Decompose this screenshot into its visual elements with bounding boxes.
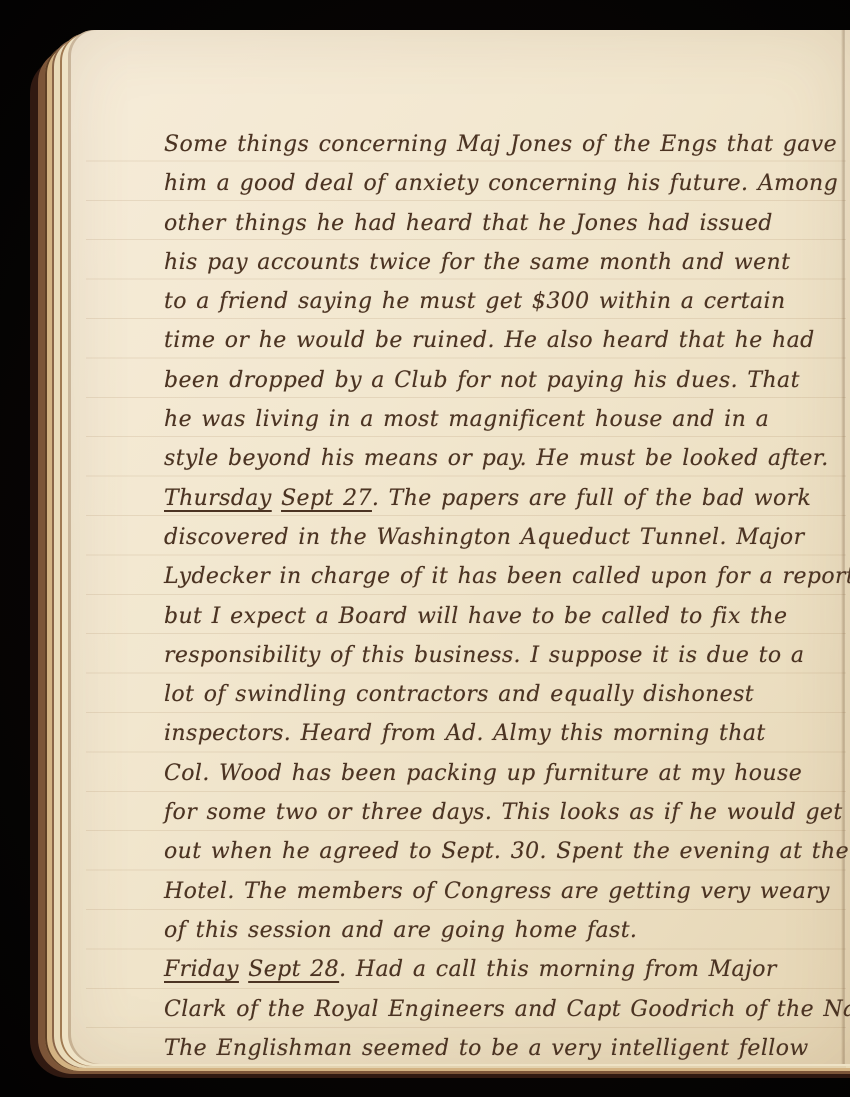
journal-line: Col. Wood has been packing up furniture … xyxy=(164,754,842,793)
journal-text-segment: of this session and are going home fast. xyxy=(164,918,637,943)
journal-text-segment: Some things concerning Maj Jones of the … xyxy=(164,132,837,157)
date-heading: Sept 27 xyxy=(281,486,372,511)
journal-text-segment: been dropped by a Club for not paying hi… xyxy=(164,368,800,393)
journal-text-segment: out when he agreed to Sept. 30. Spent th… xyxy=(164,839,849,864)
journal-line: discovered in the Washington Aqueduct Tu… xyxy=(164,518,842,557)
journal-line: Thursday Sept 27. The papers are full of… xyxy=(164,479,842,518)
journal-line: responsibility of this business. I suppo… xyxy=(164,636,842,675)
journal-text-segment: style beyond his means or pay. He must b… xyxy=(164,446,829,471)
journal-line: been dropped by a Club for not paying hi… xyxy=(164,361,842,400)
journal-text-segment: to a friend saying he must get $300 with… xyxy=(164,289,786,314)
journal-text-segment: he was living in a most magnificent hous… xyxy=(164,407,769,432)
journal-line: inspectors. Heard from Ad. Almy this mor… xyxy=(164,714,842,753)
journal-line: The Englishman seemed to be a very intel… xyxy=(164,1029,842,1068)
journal-line: to a friend saying he must get $300 with… xyxy=(164,282,842,321)
journal-line: time or he would be ruined. He also hear… xyxy=(164,321,842,360)
journal-line: his pay accounts twice for the same mont… xyxy=(164,243,842,282)
journal-line: Lydecker in charge of it has been called… xyxy=(164,557,842,596)
journal-text-segment: . Had a call this morning from Major xyxy=(339,957,777,982)
journal-line: Some things concerning Maj Jones of the … xyxy=(164,125,842,164)
journal-text-segment: responsibility of this business. I suppo… xyxy=(164,643,804,668)
journal-text-segment: . The papers are full of the bad work xyxy=(372,486,811,511)
journal-text-segment: Lydecker in charge of it has been called… xyxy=(164,564,850,589)
journal-line: Friday Sept 28. Had a call this morning … xyxy=(164,950,842,989)
journal-text-segment: discovered in the Washington Aqueduct Tu… xyxy=(164,525,804,550)
journal-text-segment xyxy=(272,486,281,511)
journal-text-segment: but I expect a Board will have to be cal… xyxy=(164,604,787,629)
journal-text-segment: his pay accounts twice for the same mont… xyxy=(164,250,790,275)
journal-line: style beyond his means or pay. He must b… xyxy=(164,439,842,478)
date-heading: Sept 28 xyxy=(248,957,339,982)
journal-text-segment: other things he had heard that he Jones … xyxy=(164,211,773,236)
journal-line: Hotel. The members of Congress are getti… xyxy=(164,872,842,911)
journal-text: Some things concerning Maj Jones of the … xyxy=(164,125,842,1068)
date-heading: Friday xyxy=(164,957,239,982)
journal-line: but I expect a Board will have to be cal… xyxy=(164,597,842,636)
journal-text-segment: Hotel. The members of Congress are getti… xyxy=(164,879,830,904)
journal-text-segment: for some two or three days. This looks a… xyxy=(164,800,843,825)
journal-text-segment: The Englishman seemed to be a very intel… xyxy=(164,1036,809,1061)
journal-line: lot of swindling contractors and equally… xyxy=(164,675,842,714)
journal-line: for some two or three days. This looks a… xyxy=(164,793,842,832)
journal-page: Some things concerning Maj Jones of the … xyxy=(68,30,850,1064)
journal-line: him a good deal of anxiety concerning hi… xyxy=(164,164,842,203)
journal-text-segment xyxy=(239,957,248,982)
journal-text-segment: time or he would be ruined. He also hear… xyxy=(164,328,815,353)
date-heading: Thursday xyxy=(164,486,272,511)
journal-text-segment: inspectors. Heard from Ad. Almy this mor… xyxy=(164,721,766,746)
journal-line: other things he had heard that he Jones … xyxy=(164,204,842,243)
journal-text-segment: Col. Wood has been packing up furniture … xyxy=(164,761,802,786)
journal-line: of this session and are going home fast. xyxy=(164,911,842,950)
journal-text-segment: him a good deal of anxiety concerning hi… xyxy=(164,171,838,196)
journal-line: he was living in a most magnificent hous… xyxy=(164,400,842,439)
journal-line: Clark of the Royal Engineers and Capt Go… xyxy=(164,990,842,1029)
journal-text-segment: Clark of the Royal Engineers and Capt Go… xyxy=(164,997,850,1022)
journal-photo: Some things concerning Maj Jones of the … xyxy=(0,0,850,1097)
journal-text-segment: lot of swindling contractors and equally… xyxy=(164,682,754,707)
journal-line: out when he agreed to Sept. 30. Spent th… xyxy=(164,832,842,871)
